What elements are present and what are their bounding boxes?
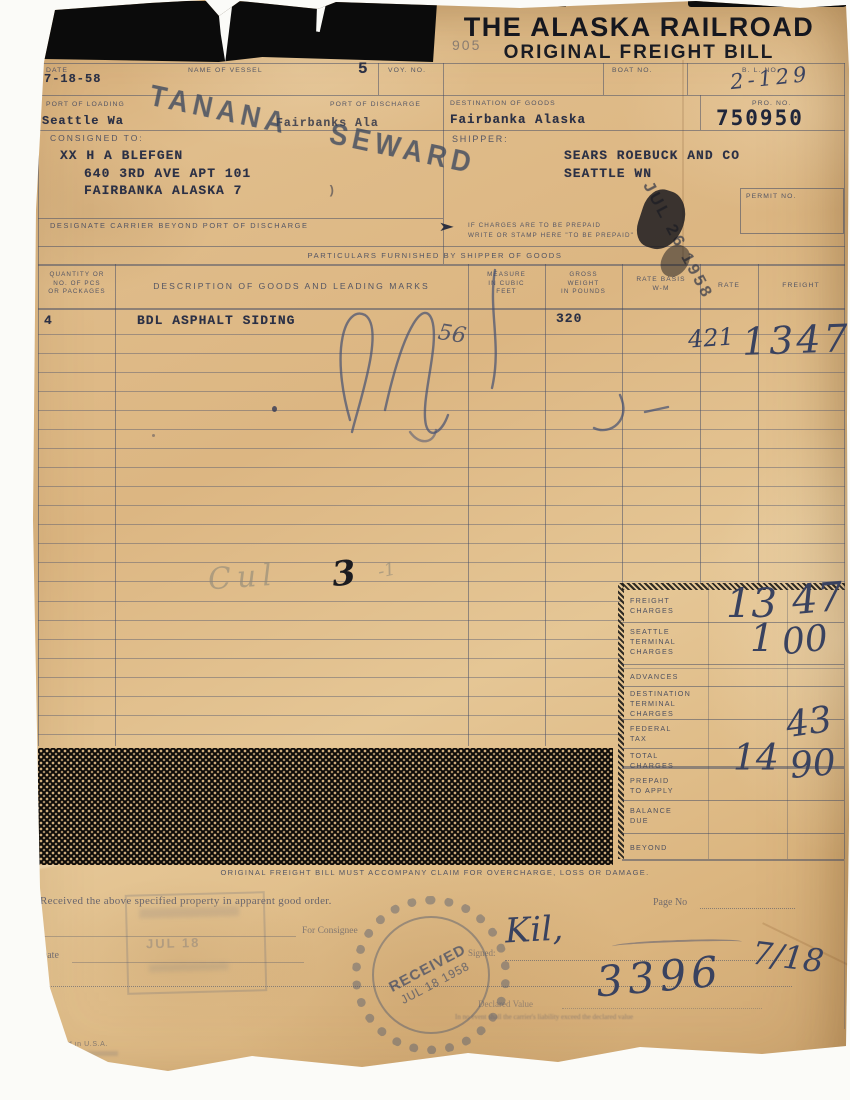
charges-rule (622, 800, 844, 801)
seattle-terminal-dollars: 1 (750, 616, 774, 660)
charges-left-border (618, 583, 624, 859)
paper-edge-line (844, 859, 845, 1029)
page-no-label: Page No (653, 897, 687, 908)
signature-handwritten: Kil, (504, 909, 564, 952)
rule (603, 63, 604, 95)
declared-value-line (562, 1008, 762, 1009)
row-freight-handwritten: 1347 (741, 316, 850, 364)
consignee-city: FAIRBANKA ALASKA 7 (84, 183, 242, 198)
stamp-smudge (139, 906, 239, 919)
pencil-note-number: 3 (330, 553, 358, 595)
federal-tax-cents: 43 (783, 699, 834, 746)
destination-value: Fairbanka Alaska (450, 113, 586, 127)
destination-terminal-label: DESTINATION TERMINAL CHARGES (630, 689, 691, 719)
pencil-note-word: Cul (207, 558, 279, 598)
rule (687, 63, 688, 95)
port-loading-label: PORT OF LOADING (46, 100, 125, 109)
row-quantity: 4 (44, 313, 53, 328)
consignee-name: XX H A BLEFGEN (60, 148, 183, 163)
seattle-terminal-cents: 00 (780, 618, 830, 664)
designate-carrier-label: DESIGNATE CARRIER BEYOND PORT OF DISCHAR… (50, 221, 309, 231)
pen-scribble (290, 260, 710, 450)
crosshatch-redaction-band (38, 748, 613, 865)
port-loading-value: Seattle Wa (42, 114, 124, 128)
pro-no-stamp: 750950 (716, 106, 804, 130)
charges-rule (622, 668, 844, 669)
rule (38, 130, 845, 131)
total-charges-cents: 90 (788, 742, 837, 787)
date-value: 7-18-58 (44, 72, 101, 86)
charges-col-line (708, 583, 709, 859)
handwritten-number: 3396 (594, 947, 725, 1007)
scribble-digits: 56 (436, 320, 468, 349)
signature-flourish (612, 938, 742, 951)
col-header-freight: FREIGHT (758, 281, 844, 290)
claim-notice: ORIGINAL FREIGHT BILL MUST ACCOMPANY CLA… (135, 868, 735, 878)
stray-typed-mark: ) (328, 184, 336, 198)
charges-rule (622, 686, 844, 687)
handwritten-date: 7/18 (750, 934, 826, 980)
shipper-city: SEATTLE WN (564, 166, 652, 181)
charges-rule (622, 833, 844, 834)
balance-due-label: BALANCE DUE (630, 806, 672, 826)
charges-rule (622, 664, 844, 665)
total-charges-label: TOTAL CHARGES (630, 751, 674, 771)
beyond-label: BEYOND (630, 843, 668, 853)
faint-print-smudge (46, 1059, 101, 1064)
ink-speck (272, 406, 277, 412)
rule (700, 95, 701, 130)
voy-no-value: 5 (358, 60, 369, 78)
boat-no-label: BOAT NO. (612, 66, 653, 75)
rule (378, 63, 379, 95)
date-sign-label: Date (40, 950, 59, 961)
scan-edge-mark (500, 0, 566, 7)
document-title: THE ALASKA RAILROAD (443, 12, 835, 43)
permit-no-label: PERMIT NO. (746, 192, 797, 201)
stamp-smudge (149, 962, 229, 972)
rule (38, 218, 443, 219)
federal-tax-label: FEDERAL TAX (630, 724, 672, 744)
seattle-terminal-label: SEATTLE TERMINAL CHARGES (630, 627, 676, 657)
for-consignee-label: For Consignee (302, 926, 358, 936)
rule (38, 63, 845, 64)
total-charges-dollars: 14 (733, 738, 779, 779)
faint-print-smudge (46, 1051, 118, 1056)
prepaid-arrow-icon: ➤ (438, 219, 454, 235)
port-discharge-label: PORT OF DISCHARGE (330, 100, 421, 109)
advances-label: ADVANCES (630, 672, 679, 682)
received-stamp-text: RECEIVED JUL 18 1958 (336, 880, 525, 1069)
col-header-quantity: QUANTITY OR NO. OF PCS OR PACKAGES (40, 271, 114, 297)
shipper-name: SEARS ROEBUCK AND CO (564, 148, 740, 163)
consigned-to-label: CONSIGNED TO: (50, 133, 144, 144)
faint-box-stamp-date: JUL 18 (146, 935, 201, 951)
faint-box-stamp: JUL 18 (125, 891, 268, 995)
destination-label: DESTINATION OF GOODS (450, 99, 556, 108)
freight-charges-cents: 47 (790, 574, 845, 624)
prepaid-instruction-2: WRITE OR STAMP HERE "TO BE PREPAID" (468, 232, 634, 241)
page-no-line (700, 908, 795, 909)
black-redaction-bar (40, 0, 437, 62)
freight-bill-paper: 905 THE ALASKA RAILROAD ORIGINAL FREIGHT… (0, 0, 850, 1100)
ink-speck (152, 434, 155, 437)
voy-no-label: VOY. NO. (388, 66, 426, 75)
ruled-rows-lower (38, 583, 622, 746)
prepaid-instruction-1: IF CHARGES ARE TO BE PREPAID (468, 222, 601, 231)
charges-bottom-border (622, 859, 844, 861)
freight-charges-label: FREIGHT CHARGES (630, 596, 674, 616)
received-stamp: RECEIVED JUL 18 1958 (352, 896, 510, 1054)
row-description: BDL ASPHALT SIDING (137, 313, 295, 328)
printed-in-usa: Printed in U.S.A. (46, 1040, 108, 1049)
scan-edge-mark (688, 0, 848, 7)
document-subtitle: ORIGINAL FREIGHT BILL (443, 42, 835, 64)
rule (38, 246, 845, 247)
prepaid-to-apply-label: PREPAID TO APPLY (630, 776, 674, 796)
shipper-label: SHIPPER: (452, 133, 508, 145)
vessel-label: NAME OF VESSEL (188, 66, 263, 75)
consignee-address: 640 3RD AVE APT 101 (84, 166, 251, 181)
permit-no-box: PERMIT NO. (740, 188, 844, 234)
